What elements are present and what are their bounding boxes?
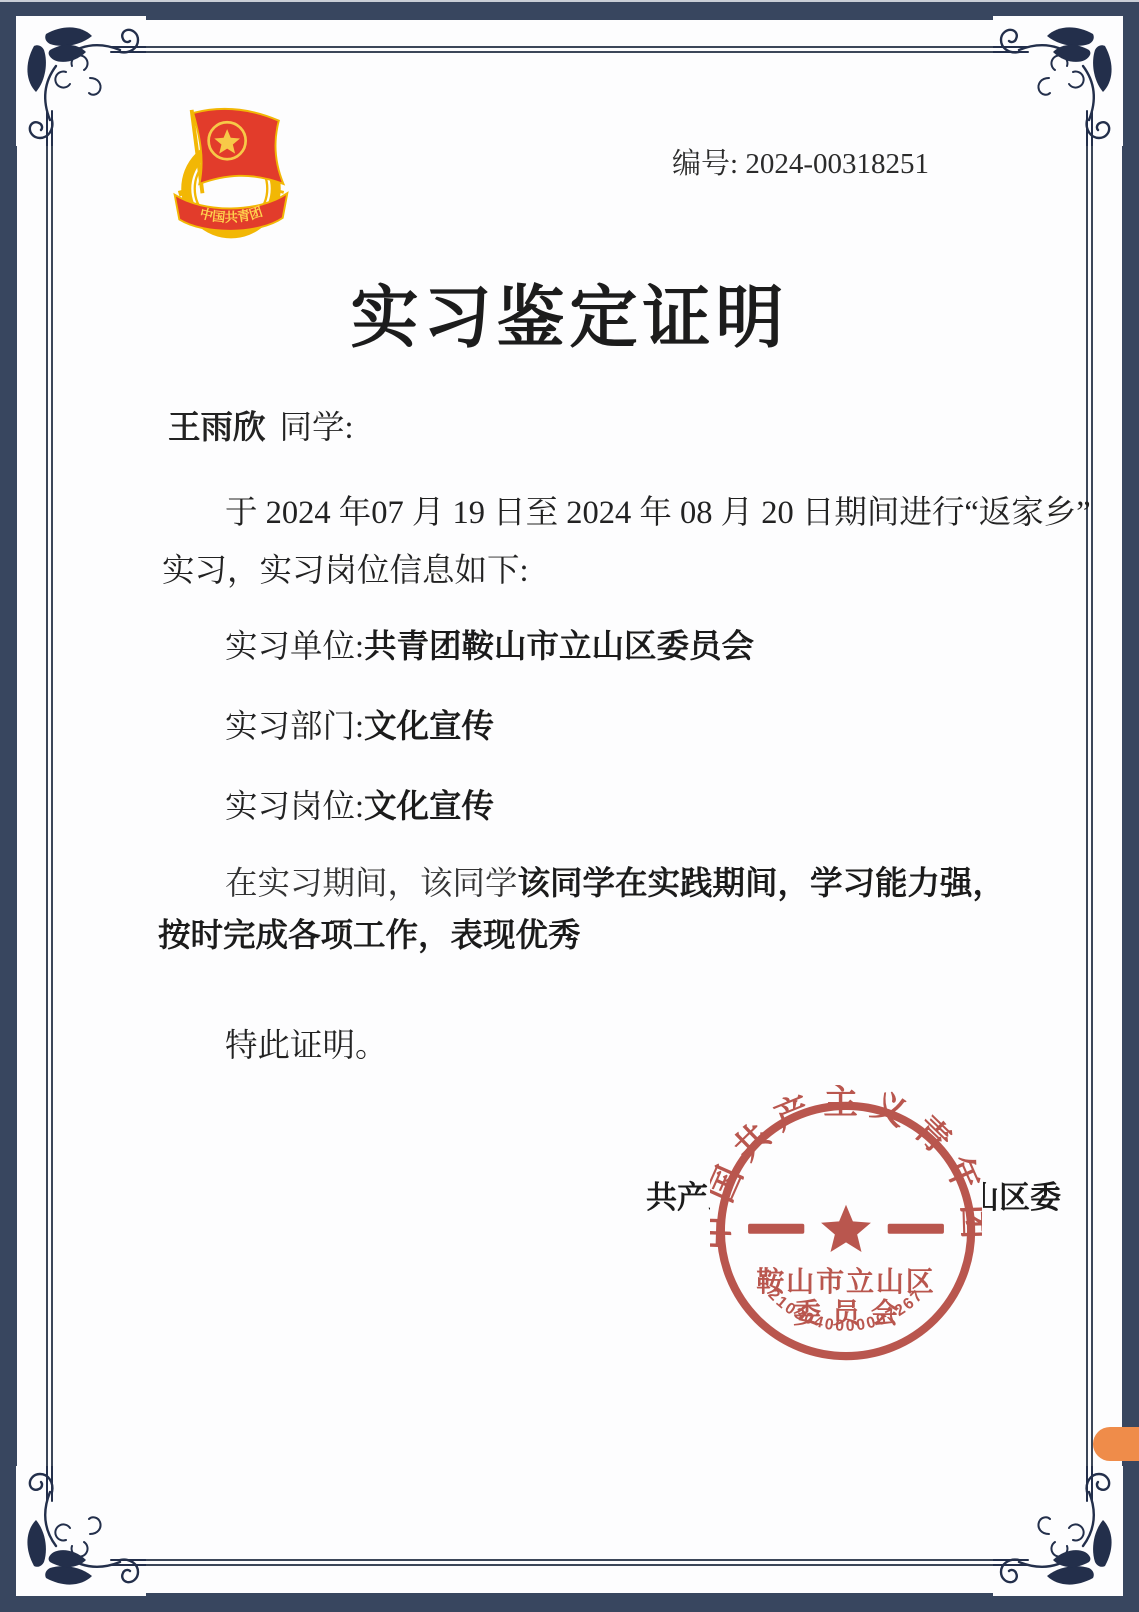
seal-right-bar	[888, 1224, 944, 1234]
flourish-icon	[993, 1466, 1123, 1596]
field-label: 实习单位:	[225, 629, 364, 665]
internship-period-line: 于 2024 年07 月 19 日至 2024 年 08 月 20 日期间进行“…	[225, 487, 1091, 533]
evaluation-paragraph: 在实习期间，该同学该同学在实践期间，学习能力强，按时完成各项工作，表现优秀	[158, 858, 1030, 962]
flourish-icon	[16, 1466, 146, 1596]
flourish-icon	[993, 16, 1123, 146]
field-value: 文化宣传	[364, 788, 494, 824]
field-row-unit: 实习单位:共青团鞍山市立山区委员会	[225, 621, 754, 667]
field-label: 实习部门:	[225, 709, 364, 745]
flourish-icon	[16, 16, 146, 146]
top-edge-highlight	[0, 0, 1139, 2]
certificate-screenshot: { "meta": { "serial_label": "编号:", "seri…	[0, 0, 1139, 1612]
certificate-page: 中国共青团 编号: 2024-00318251 实习鉴定证明 王雨欣同学: 于 …	[0, 0, 1139, 1612]
flag	[193, 109, 283, 184]
seal-org-line1: 鞍山市立山区	[756, 1266, 935, 1297]
field-value: 文化宣传	[364, 708, 494, 744]
corner-flourish-bottom-left	[16, 1466, 146, 1596]
corner-flourish-bottom-right	[993, 1466, 1123, 1596]
serial-value: 2024-00318251	[745, 148, 929, 180]
certificate-title: 实习鉴定证明	[0, 264, 1139, 361]
field-row-department: 实习部门:文化宣传	[225, 701, 494, 747]
internship-intro-line: 实习，实习岗位信息如下:	[162, 545, 529, 591]
field-value: 共青团鞍山市立山区委员会	[364, 628, 754, 664]
field-label: 实习岗位:	[225, 789, 364, 825]
signature-right-fragment: 山区委	[983, 1172, 1087, 1214]
salutation-line: 王雨欣同学:	[168, 402, 354, 448]
field-row-position: 实习岗位:文化宣传	[225, 781, 494, 827]
student-suffix: 同学:	[280, 410, 354, 446]
corner-flourish-top-right	[993, 16, 1123, 146]
serial-label: 编号:	[672, 148, 738, 180]
student-name: 王雨欣	[168, 410, 266, 446]
youth-league-emblem-icon: 中国共青团	[150, 92, 312, 262]
seal-left-bar	[748, 1224, 804, 1234]
youth-league-emblem: 中国共青团	[150, 92, 312, 262]
official-seal-icon: 中国共产主义青年团 鞍山市立山区 委员会 2103040000007267	[710, 1085, 982, 1377]
official-seal: 中国共产主义青年团 鞍山市立山区 委员会 2103040000007267	[710, 1085, 982, 1377]
orange-edge-marker	[1093, 1427, 1139, 1461]
evaluation-prefix: 在实习期间，该同学	[225, 866, 518, 902]
closing-statement: 特此证明。	[225, 1020, 388, 1066]
serial-number-line: 编号: 2024-00318251	[672, 141, 929, 182]
seal-star-icon	[821, 1205, 871, 1252]
corner-flourish-top-left	[16, 16, 146, 146]
